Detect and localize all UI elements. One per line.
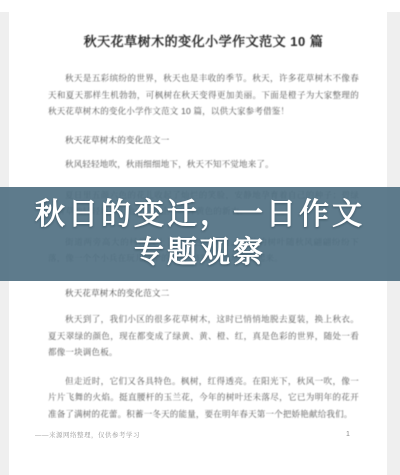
section-heading-1: 秋天花草树木的变化范文一: [48, 132, 359, 149]
footer-note: ——来源网络整理，仅供参考学习: [35, 430, 140, 439]
overlay-banner: 秋日的变迁，一日作文 专题观察: [0, 187, 400, 281]
intro-paragraph: 秋天是五彩缤纷的世界，秋天也是丰收的季节。秋天，许多花草树木不像春天和夏天那样生…: [48, 70, 359, 120]
paragraph: 但走近时，它们又各具特色。枫树，红得透亮。在阳光下，秋风一吹，像一片片飞舞的火焰…: [48, 373, 359, 423]
paragraph: 秋天到了，我们小区的很多花草树木，这时已悄悄地脱去夏装，换上秋衣。夏天翠绿的颜色…: [48, 311, 359, 361]
paragraph: 秋风轻轻地吹，秋雨细细地下，秋天不知不觉地来了。: [48, 156, 359, 173]
page-number: 1: [346, 431, 350, 438]
banner-title-line-1: 秋日的变迁，一日作文: [35, 196, 365, 234]
banner-title-line-2: 专题观察: [134, 234, 266, 272]
document-title: 秋天花草树木的变化小学作文范文 10 篇: [48, 34, 359, 50]
section-heading-2: 秋天花草树木的变化范文二: [48, 285, 359, 302]
